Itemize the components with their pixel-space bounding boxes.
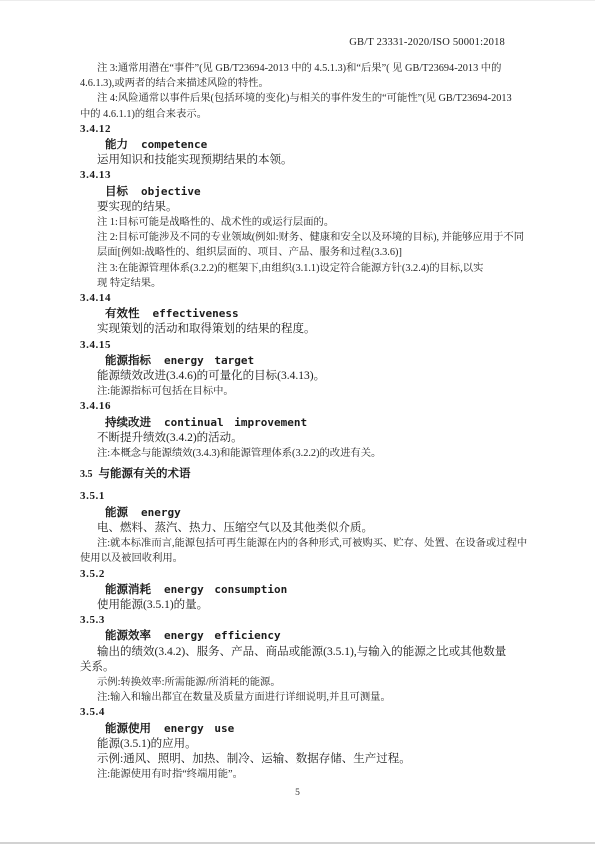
note-line: 注 1:目标可能是战略性的、战术性的或运行层面的。	[80, 215, 565, 230]
body-line: 实现策划的活动和取得策划的结果的程度。	[80, 322, 565, 337]
term-line: 能源效率energy efficiency	[80, 628, 565, 644]
note-line: 注:能源指标可包括在目标中。	[80, 384, 565, 399]
note-line: 层面[例如:战略性的、组织层面的、项目、产品、服务和过程(3.3.6)]	[80, 245, 565, 260]
clause-number: 3.5.3	[80, 613, 565, 628]
term-chinese: 能源指标	[105, 355, 151, 367]
term-chinese: 持续改进	[105, 417, 151, 429]
term-line: 持续改进continual improvement	[80, 415, 565, 431]
clause-number: 3.5.4	[80, 705, 565, 720]
body-line: 关系。	[80, 660, 565, 675]
clause-number: 3.4.12	[80, 122, 565, 137]
section-heading-title: 与能源有关的术语	[99, 468, 191, 480]
term-english: energy efficiency	[164, 629, 281, 642]
term-chinese: 有效性	[105, 308, 140, 320]
term-english: continual improvement	[164, 416, 307, 429]
term-english: energy	[141, 506, 181, 519]
document-page: GB/T 23331-2020/ISO 50001:2018 注 3:通常用潜在…	[0, 0, 595, 844]
clause-number: 3.5.1	[80, 489, 565, 504]
note-line: 注:输入和输出都宜在数量及质量方面进行详细说明,并且可测量。	[80, 690, 565, 705]
term-english: effectiveness	[153, 307, 239, 320]
note-line: 注 3:在能源管理体系(3.2.2)的框架下,由组织(3.1.1)设定符合能源方…	[80, 261, 565, 276]
term-chinese: 能力	[105, 139, 128, 151]
term-line: 能源消耗energy consumption	[80, 582, 565, 598]
body-line: 电、燃料、蒸汽、热力、压缩空气以及其他类似介质。	[80, 521, 565, 536]
clause-number: 3.4.13	[80, 168, 565, 183]
clause-number: 3.4.15	[80, 338, 565, 353]
body-line: 示例:通风、照明、加热、制冷、运输、数据存储、生产过程。	[80, 752, 565, 767]
term-line: 能源使用energy use	[80, 721, 565, 737]
clause-number: 3.5.2	[80, 567, 565, 582]
body-line: 运用知识和技能实现预期结果的本领。	[80, 153, 565, 168]
term-english: energy use	[164, 722, 234, 735]
note-line: 注 2:目标可能涉及不同的专业领域(例如:财务、健康和安全以及环境的目标), 并…	[80, 230, 565, 245]
term-line: 能力competence	[80, 137, 565, 153]
body-line: 使用能源(3.5.1)的量。	[80, 598, 565, 613]
note-line: 注:能源使用有时指“终端用能”。	[80, 767, 565, 782]
term-line: 能源energy	[80, 505, 565, 521]
note-line: 注:就本标准而言,能源包括可再生能源在内的各种形式,可被购买、贮存、处置、在设备…	[80, 536, 565, 551]
note-line: 4.6.1.3),或两者的结合来描述风险的特性。	[80, 76, 565, 91]
body-line: 要实现的结果。	[80, 200, 565, 215]
term-english: energy target	[164, 354, 254, 367]
body-line: 不断提升绩效(3.4.2)的活动。	[80, 431, 565, 446]
clause-number: 3.4.14	[80, 291, 565, 306]
page-header-standard-number: GB/T 23331-2020/ISO 50001:2018	[349, 37, 505, 48]
note-line: 示例:转换效率:所需能源/所消耗的能源。	[80, 675, 565, 690]
note-line: 注:本概念与能源绩效(3.4.3)和能源管理体系(3.2.2)的改进有关。	[80, 446, 565, 461]
body-line: 能源绩效改进(3.4.6)的可量化的目标(3.4.13)。	[80, 369, 565, 384]
body-line: 输出的绩效(3.4.2)、服务、产品、商品或能源(3.5.1),与输入的能源之比…	[80, 645, 565, 660]
term-chinese: 能源消耗	[105, 584, 151, 596]
body-line: 能源(3.5.1)的应用。	[80, 737, 565, 752]
section-heading-number: 3.5	[80, 469, 93, 480]
term-line: 有效性effectiveness	[80, 306, 565, 322]
note-line: 注 4:风险通常以事件后果(包括环境的变化)与相关的事件发生的“可能性”(见 G…	[80, 91, 565, 106]
page-number: 5	[0, 788, 595, 798]
note-line: 现 特定结果。	[80, 276, 565, 291]
note-line: 注 3:通常用潜在“事件”(见 GB/T23694-2013 中的 4.5.1.…	[80, 61, 565, 76]
term-english: competence	[141, 138, 207, 151]
document-body: 注 3:通常用潜在“事件”(见 GB/T23694-2013 中的 4.5.1.…	[80, 61, 565, 782]
term-chinese: 能源效率	[105, 630, 151, 642]
term-chinese: 能源使用	[105, 723, 151, 735]
term-chinese: 目标	[105, 186, 128, 198]
clause-number: 3.4.16	[80, 399, 565, 414]
section-heading: 3.5与能源有关的术语	[80, 467, 565, 482]
term-chinese: 能源	[105, 507, 128, 519]
term-english: energy consumption	[164, 583, 287, 596]
note-line: 中的 4.6.1.1)的组合来表示。	[80, 107, 565, 122]
term-english: objective	[141, 185, 201, 198]
term-line: 目标objective	[80, 184, 565, 200]
term-line: 能源指标energy target	[80, 353, 565, 369]
note-line: 使用以及被回收利用。	[80, 551, 565, 566]
